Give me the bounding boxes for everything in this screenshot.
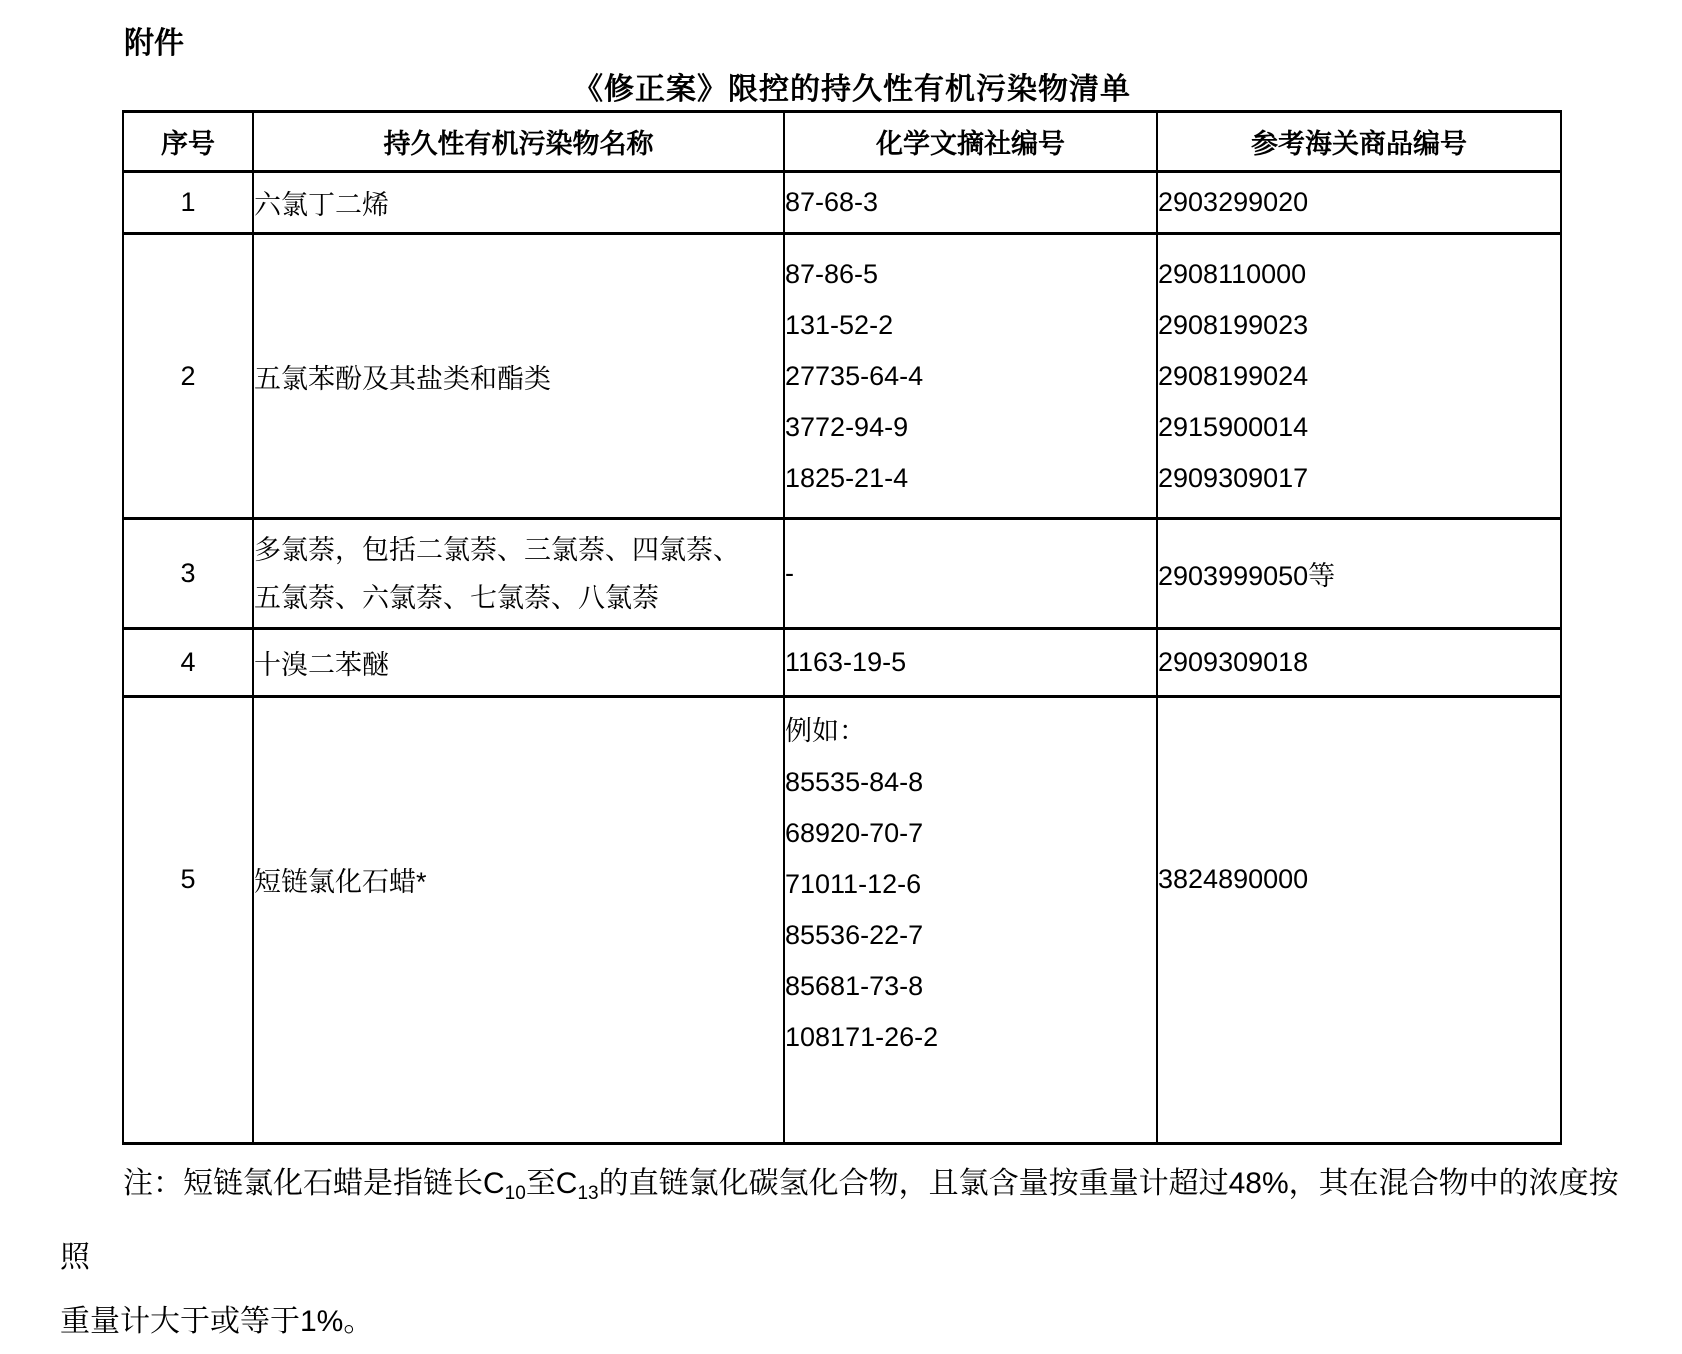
col-header-hs: 参考海关商品编号: [1157, 112, 1561, 172]
cas-line: 85681-73-8: [785, 961, 1156, 1012]
cas-line: 108171-26-2: [785, 1012, 1156, 1063]
cas-line: 27735-64-4: [785, 351, 1156, 402]
col-header-no: 序号: [123, 112, 253, 172]
footnote-subscript: 10: [505, 1183, 526, 1204]
document-title: 《修正案》限控的持久性有机污染物清单: [122, 64, 1582, 108]
cas-line: 71011-12-6: [785, 859, 1156, 910]
col-header-name: 持久性有机污染物名称: [253, 112, 784, 172]
table-row: 1 六氯丁二烯 87-68-3 2903299020: [123, 172, 1561, 234]
cell-hs: 2903299020: [1157, 172, 1561, 234]
cas-line: 例如：: [785, 706, 1156, 757]
table-header-row: 序号 持久性有机污染物名称 化学文摘社编号 参考海关商品编号: [123, 112, 1561, 172]
hs-line: 2909309017: [1158, 453, 1560, 504]
cell-name: 十溴二苯醚: [253, 629, 784, 697]
cell-cas: 87-86-5 131-52-2 27735-64-4 3772-94-9 18…: [784, 234, 1157, 519]
cell-no: 2: [123, 234, 253, 519]
cell-no: 3: [123, 519, 253, 629]
cell-cas: 1163-19-5: [784, 629, 1157, 697]
cas-line: 87-86-5: [785, 249, 1156, 300]
cell-cas: 87-68-3: [784, 172, 1157, 234]
footnote-line2: 重量计大于或等于1%。: [60, 1290, 1635, 1354]
cas-line: 1825-21-4: [785, 453, 1156, 504]
table-row: 4 十溴二苯醚 1163-19-5 2909309018: [123, 629, 1561, 697]
name-line: 多氯萘，包括二氯萘、三氯萘、四氯萘、: [254, 526, 783, 574]
footnote-subscript: 13: [577, 1183, 598, 1204]
cell-name: 五氯苯酚及其盐类和酯类: [253, 234, 784, 519]
cell-cas: 例如： 85535-84-8 68920-70-7 71011-12-6 855…: [784, 697, 1157, 1144]
table-row: 3 多氯萘，包括二氯萘、三氯萘、四氯萘、 五氯萘、六氯萘、七氯萘、八氯萘 - 2…: [123, 519, 1561, 629]
footnote: 注：短链氯化石蜡是指链长C10至C13的直链氯化碳氢化合物，且氯含量按重量计超过…: [60, 1152, 1635, 1354]
cell-hs: 2908110000 2908199023 2908199024 2915900…: [1157, 234, 1561, 519]
cell-name: 多氯萘，包括二氯萘、三氯萘、四氯萘、 五氯萘、六氯萘、七氯萘、八氯萘: [253, 519, 784, 629]
footnote-text: 注：短链氯化石蜡是指链长C: [123, 1167, 505, 1200]
cas-line: 68920-70-7: [785, 808, 1156, 859]
cell-hs: 2909309018: [1157, 629, 1561, 697]
cell-no: 1: [123, 172, 253, 234]
hs-line: 2915900014: [1158, 402, 1560, 453]
cell-name: 短链氯化石蜡*: [253, 697, 784, 1144]
table-row: 2 五氯苯酚及其盐类和酯类 87-86-5 131-52-2 27735-64-…: [123, 234, 1561, 519]
name-line: 五氯萘、六氯萘、七氯萘、八氯萘: [254, 574, 783, 622]
cell-hs: 2903999050等: [1157, 519, 1561, 629]
cas-line: 85536-22-7: [785, 910, 1156, 961]
table-row: 5 短链氯化石蜡* 例如： 85535-84-8 68920-70-7 7101…: [123, 697, 1561, 1144]
cell-cas: -: [784, 519, 1157, 629]
cas-line: 131-52-2: [785, 300, 1156, 351]
cell-hs: 3824890000: [1157, 697, 1561, 1144]
cell-name: 六氯丁二烯: [253, 172, 784, 234]
cas-line: 85535-84-8: [785, 757, 1156, 808]
footnote-line1: 注：短链氯化石蜡是指链长C10至C13的直链氯化碳氢化合物，且氯含量按重量计超过…: [60, 1152, 1635, 1290]
attachment-label: 附件: [124, 18, 184, 62]
hs-line: 2908199023: [1158, 300, 1560, 351]
footnote-text: 至C: [526, 1167, 578, 1200]
hs-line: 2908110000: [1158, 249, 1560, 300]
cell-no: 5: [123, 697, 253, 1144]
pops-table: 序号 持久性有机污染物名称 化学文摘社编号 参考海关商品编号 1 六氯丁二烯 8…: [122, 110, 1562, 1145]
col-header-cas: 化学文摘社编号: [784, 112, 1157, 172]
hs-line: 2908199024: [1158, 351, 1560, 402]
cas-line: 3772-94-9: [785, 402, 1156, 453]
cell-no: 4: [123, 629, 253, 697]
